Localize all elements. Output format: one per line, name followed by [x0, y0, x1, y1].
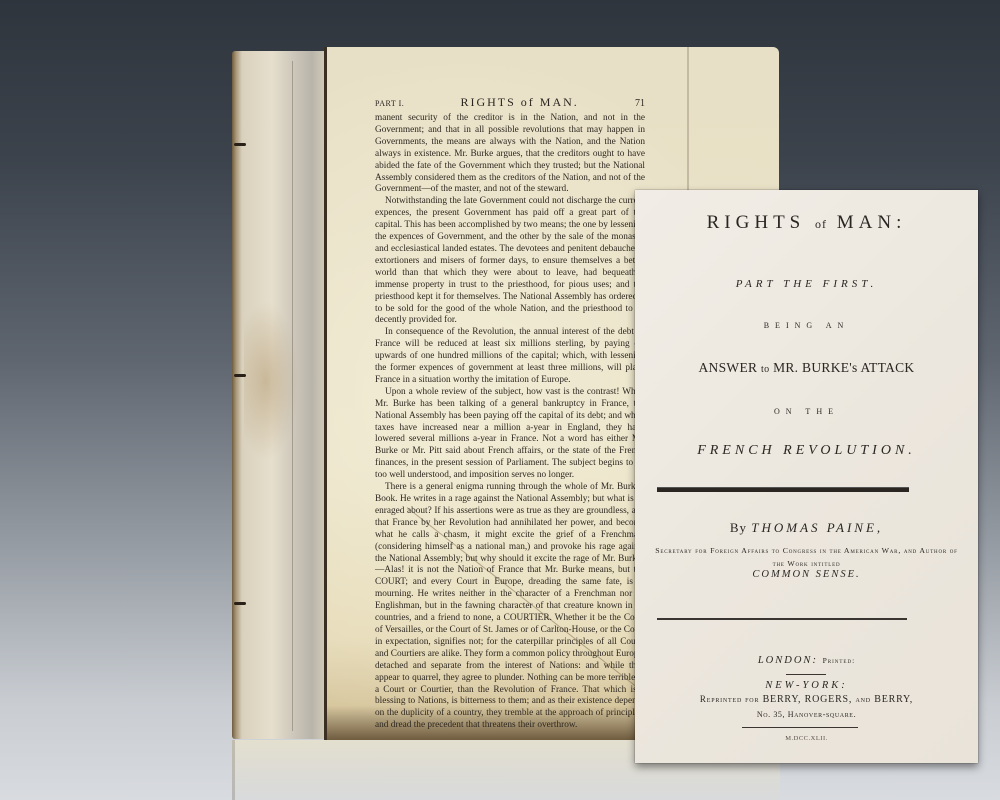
- divider-rule: [657, 487, 909, 492]
- by-label: By: [730, 520, 747, 535]
- on-the-line: ON THE: [635, 407, 978, 416]
- running-head-title: RIGHTS of MAN.: [460, 95, 578, 110]
- london-line: LONDON: Printed:: [635, 655, 978, 666]
- printed-label: Printed:: [823, 656, 856, 665]
- main-title: RIGHTS of MAN:: [635, 212, 978, 234]
- paragraph: Notwithstanding the late Government coul…: [375, 196, 645, 327]
- running-head: PART I. RIGHTS of MAN. 71: [375, 95, 645, 110]
- author-credentials: Secretary for Foreign Affairs to Congres…: [649, 544, 964, 570]
- paragraph: There is a general enigma running throug…: [375, 482, 645, 732]
- title-word: MAN:: [837, 212, 907, 233]
- date-line: M.DCC.XLII.: [635, 735, 978, 742]
- product-photo: PART I. RIGHTS of MAN. 71 manent securit…: [0, 0, 1000, 800]
- stitch-mark: [234, 143, 246, 146]
- answer-word: MR. BURKE's ATTACK: [773, 360, 914, 375]
- author-name: THOMAS PAINE,: [751, 520, 883, 535]
- part-line: PART THE FIRST.: [635, 278, 978, 290]
- page-number: 71: [635, 98, 645, 109]
- title-word: of: [815, 217, 827, 231]
- publisher-last: BERRY,: [874, 694, 913, 705]
- stitch-mark: [234, 602, 246, 605]
- answer-word: to: [761, 364, 769, 375]
- spine-crease: [292, 61, 293, 731]
- answer-word: ANSWER: [699, 360, 758, 375]
- title-word: RIGHTS: [707, 212, 806, 233]
- french-revolution-line: FRENCH REVOLUTION.: [635, 443, 978, 459]
- publisher-line: Reprinted for BERRY, ROGERS, and BERRY,: [641, 694, 972, 705]
- divider-rule: [657, 618, 907, 620]
- author-line: By THOMAS PAINE,: [635, 520, 978, 536]
- publisher-names: BERRY, ROGERS,: [763, 694, 853, 705]
- book-spine: [232, 51, 332, 739]
- stitch-mark: [234, 374, 246, 377]
- answer-line: ANSWER to MR. BURKE's ATTACK: [635, 360, 978, 376]
- paragraph: In consequence of the Revolution, the an…: [375, 327, 645, 387]
- page-fold: [687, 47, 689, 197]
- common-sense-line: COMMON SENSE.: [635, 569, 978, 580]
- being-an-line: BEING AN: [635, 321, 978, 330]
- reprinted-label: Reprinted for: [700, 694, 759, 704]
- body-text: manent security of the creditor is in th…: [375, 113, 645, 732]
- running-head-part: PART I.: [375, 99, 404, 108]
- paragraph: manent security of the creditor is in th…: [375, 113, 645, 196]
- paragraph: Upon a whole review of the subject, how …: [375, 387, 645, 482]
- london-label: LONDON:: [758, 655, 818, 666]
- water-stain: [244, 301, 299, 461]
- new-york-line: NEW-YORK:: [635, 680, 978, 691]
- short-rule: [742, 727, 858, 728]
- address-line: No. 35, Hanover-square.: [635, 710, 978, 719]
- and-label: and: [856, 694, 871, 704]
- short-rule: [786, 674, 826, 675]
- title-page: RIGHTS of MAN: PART THE FIRST. BEING AN …: [635, 190, 978, 763]
